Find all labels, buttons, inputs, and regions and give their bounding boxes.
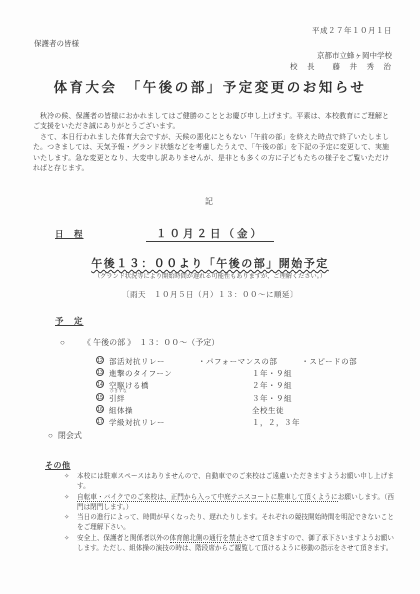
event-row: 12部活対抗リレー・パフォーマンスの部 ・スピードの部	[0, 355, 420, 367]
start-time-text: 午後１３：００より「午後の部」開始予定	[91, 258, 329, 270]
note-text-underlined: 自転車・バイクでのご来校は、正門から入って中庭テニスコートに駐車して頂くように	[77, 494, 338, 502]
closing-ceremony-line: ○閉会式	[48, 430, 82, 441]
recipient-line: 保護者の皆様	[34, 38, 79, 49]
event-name: 進撃のタイフーン	[109, 368, 172, 379]
diamond-bullet-icon: ✧	[64, 493, 77, 513]
afternoon-session-text: 《 午後の部 》 １３：００～（予定）	[83, 338, 219, 347]
event-number-circle: 12	[96, 356, 104, 364]
event-row: 15ひきずな引絆３年・９組	[0, 392, 420, 404]
rain-postpone-note: 〔雨天 １０月５日（月）１３：００～に順延〕	[0, 289, 420, 300]
others-label: その他	[45, 460, 71, 471]
greeting-paragraph-1: 秋冷の候、保護者の皆様におかれましてはご健勝のこととお慶び申し上げます。平素は、…	[33, 112, 389, 133]
ki-marker: 記	[0, 196, 420, 207]
notes-list: ✧本校には駐車スペースはありませんので、自動車でのご来校はご遠慮いただきますよう…	[0, 472, 420, 554]
note-item: ✧本校には駐車スペースはありませんので、自動車でのご来校はご遠慮いただきますよう…	[0, 472, 420, 492]
diamond-bullet-icon: ✧	[64, 513, 77, 533]
closing-ceremony-text: 閉会式	[58, 431, 82, 440]
event-participants: １年・９組	[252, 368, 292, 379]
principal-name: 校 長 藤 井 秀 治	[290, 61, 392, 72]
event-number-circle: 16	[96, 405, 104, 413]
start-time-line: 午後１３：００より「午後の部」開始予定	[0, 255, 420, 271]
event-list: 12部活対抗リレー・パフォーマンスの部 ・スピードの部13進撃のタイフーン１年・…	[0, 355, 420, 428]
event-participants: ・パフォーマンスの部 ・スピードの部	[198, 356, 357, 367]
event-number-circle: 17	[96, 417, 104, 425]
start-time-note: （グランド状況等により開始時間が遅れる可能性もありますが、ご理解ください。）	[0, 271, 420, 280]
event-row: 17学級対抗リレー１，２，３年	[0, 416, 420, 428]
event-number-circle: 13	[96, 368, 104, 376]
event-name: 学級対抗リレー	[109, 417, 165, 428]
event-participants: 全校生徒	[252, 405, 284, 416]
event-participants: ３年・９組	[252, 393, 292, 404]
note-text: 本校には駐車スペースはありませんので、自動車でのご来校はご遠慮いただきますようお…	[77, 472, 394, 492]
note-text-part: 安全上、保護者と関係者以外の	[77, 535, 170, 542]
note-text: 自転車・バイクでのご来校は、正門から入って中庭テニスコートに駐車して頂くようにお…	[77, 493, 394, 513]
event-name: 引絆	[109, 393, 125, 404]
event-participants: １，２，３年	[252, 417, 300, 428]
greeting-paragraphs: 秋冷の候、保護者の皆様におかれましてはご健勝のこととお慶び申し上げます。平素は、…	[33, 112, 389, 174]
circle-marker: ○	[48, 431, 53, 440]
schedule-date: １０月２日（金）	[0, 226, 420, 241]
note-item: ✧自転車・バイクでのご来校は、正門から入って中庭テニスコートに駐車して頂くように…	[0, 493, 420, 513]
note-item: ✧当日の進行によって、時間が早くなったり、遅れたりします。それぞれの競技開始時間…	[0, 513, 420, 533]
afternoon-session-line: ○《 午後の部 》 １３：００～（予定）	[60, 337, 219, 348]
note-item: ✧安全上、保護者と関係者以外の体育館北側の通行を禁止させて頂きますので、御了承下…	[0, 534, 420, 554]
plan-label: 予 定	[55, 315, 84, 327]
event-name: 部活対抗リレー	[109, 356, 165, 367]
greeting-paragraph-2: さて、本日行われました体育大会ですが、天候の悪化にともない「午前の部」を終えた時…	[33, 133, 389, 175]
circle-marker: ○	[60, 338, 65, 347]
event-row: 14空駆ける橋２年・９組	[0, 379, 420, 391]
note-text: 当日の進行によって、時間が早くなったり、遅れたりします。それぞれの競技開始時間を…	[77, 513, 394, 533]
event-row: 16組体操全校生徒	[0, 404, 420, 416]
document-date: 平成２７年１０月１日	[312, 25, 392, 36]
note-text-part: 本校には駐車スペースはありませんので、自動車でのご来校はご遠慮いただきますようお…	[77, 473, 394, 490]
diamond-bullet-icon: ✧	[64, 534, 77, 554]
event-number-circle: 15	[96, 393, 104, 401]
note-text: 安全上、保護者と関係者以外の体育館北側の通行を禁止させて頂きますので、御了承下さ…	[77, 534, 394, 554]
note-text-underlined: 体育館北側の通行を禁止	[170, 535, 243, 543]
notice-document: 平成２７年１０月１日 保護者の皆様 京都市立蜂ヶ岡中学校 校 長 藤 井 秀 治…	[0, 0, 420, 594]
event-row: 13進撃のタイフーン１年・９組	[0, 367, 420, 379]
schedule-date-text: １０月２日（金）	[146, 228, 274, 242]
diamond-bullet-icon: ✧	[64, 472, 77, 492]
note-text-part: 当日の進行によって、時間が早くなったり、遅れたりします。それぞれの競技開始時間を…	[77, 514, 394, 531]
event-name: 組体操	[109, 405, 133, 416]
school-name: 京都市立蜂ヶ岡中学校	[317, 50, 392, 61]
page-title: 体育大会 「午後の部」予定変更のお知らせ	[0, 76, 420, 96]
event-participants: ２年・９組	[252, 380, 292, 391]
event-number-circle: 14	[96, 380, 104, 388]
